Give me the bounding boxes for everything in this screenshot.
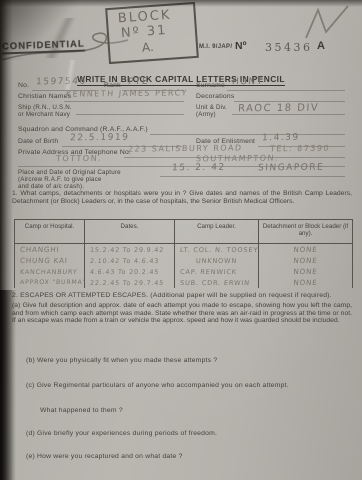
surname-value: HUNT — [232, 77, 264, 87]
table-row: APPROX "BURMA" 22.2.45 To 29.7.45 SUB. C… — [15, 277, 353, 288]
field-line — [232, 113, 345, 115]
block-stamp-line3: A. — [142, 40, 155, 55]
question-2b-text: (b) Were you physically fit when you mad… — [26, 357, 217, 365]
address-value-line1: 223 SALISBURY ROAD — [128, 143, 243, 153]
block-leader: NONE — [259, 267, 353, 276]
field-line — [64, 100, 184, 102]
camp-name: CHANGHI — [15, 245, 85, 254]
ship-label-line1: Ship (R.N., U.S.N. — [18, 104, 72, 111]
camp-leader: SUB. CDR. ERWIN — [175, 279, 259, 287]
scan-edge-left-bottom — [0, 290, 16, 480]
col-header-camp: Camp or Hospital. — [15, 220, 85, 244]
field-line — [234, 100, 345, 102]
question-2-title: 2. ESCAPES OR ATTEMPTED ESCAPES. (Additi… — [12, 292, 357, 300]
field-line — [160, 175, 345, 177]
capture-date-value: 15. 2. 42 — [172, 163, 226, 174]
capture-label-line3: and date of a/c crash). — [18, 183, 84, 190]
unit-label-line2: (Army) — [196, 111, 216, 118]
table-row: CHUNG KAI 2.10.42 To 4.6.43 UNKNOWN NONE — [15, 255, 353, 266]
question-2d-text: (d) Give briefly your experiences during… — [26, 430, 217, 438]
field-line — [76, 113, 184, 115]
mi9-reference: M.I. 9/JAP/ — [199, 44, 232, 50]
camp-leader: CAP. RENWICK — [175, 268, 259, 276]
table-row: CHANGHI 15.2.42 To 29.9.42 LT. COL. N. T… — [15, 244, 353, 256]
question-2c-text: (c) Give Regimental particulars of anyon… — [26, 382, 289, 390]
capture-label-line2: (Aircrew R.A.F. to give place — [18, 176, 102, 183]
scanned-form-page: CONFIDENTIAL BLOCK Nº 31 A. M.I. 9/JAP/ … — [0, 0, 362, 480]
field-line — [150, 133, 345, 135]
date-of-birth-value: 22.5.1919 — [70, 133, 130, 144]
scan-corner-shadow — [0, 0, 90, 60]
table-row: KANCHANBURY 4.6.43 To 20.2.45 CAP. RENWI… — [15, 266, 353, 277]
number-symbol: Nº — [235, 40, 246, 52]
capture-place-value: SINGAPORE — [258, 163, 325, 174]
enlistment-value: 1.4.39 — [262, 133, 300, 143]
camp-leader: LT. COL. N. TOOSEY — [175, 246, 259, 254]
camp-name: KANCHANBURY — [15, 268, 85, 276]
question-2c-followup-text: What happened to them ? — [40, 407, 123, 415]
address-value-line2: TOTTON. — [56, 154, 103, 163]
field-line — [227, 89, 345, 91]
block-leader: NONE — [259, 256, 353, 265]
capture-label-line1: Place and Date of Original Capture — [18, 169, 121, 176]
decorations-label: Decorations — [196, 93, 234, 101]
camp-dates: 22.2.45 To 29.7.45 — [85, 279, 175, 287]
camp-leader: UNKNOWN — [175, 257, 259, 265]
rank-value: PTE — [128, 77, 150, 87]
block-leader: NONE — [259, 245, 353, 254]
camp-dates: 4.6.43 To 20.2.45 — [85, 268, 175, 276]
camp-name: APPROX "BURMA" — [15, 279, 84, 286]
camp-dates: 2.10.42 To 4.6.43 — [85, 257, 175, 265]
pencil-checkmark-icon — [300, 2, 355, 44]
ship-label-line2: or Merchant Navy — [18, 111, 70, 118]
question-2a-text: (a) Give full description and approx. da… — [12, 302, 352, 325]
camps-table: Camp or Hospital. Dates. Camp Leader. De… — [14, 219, 353, 288]
camp-name: CHUNG KAI — [15, 256, 85, 265]
camps-table-header-row: Camp or Hospital. Dates. Camp Leader. De… — [15, 220, 353, 244]
address-telephone: TEL: 87390 — [270, 144, 331, 154]
col-header-leader: Camp Leader. — [175, 220, 259, 244]
camp-dates: 15.2.42 To 29.9.42 — [85, 246, 175, 254]
unit-label-line1: Unit & Div. — [196, 104, 227, 111]
date-of-birth-label: Date of Birth — [18, 138, 58, 146]
block-leader: NONE — [259, 278, 353, 287]
col-header-block: Detachment or Block Leader (if any). — [259, 220, 353, 244]
question-2e-text: (e) How were you recaptured and on what … — [26, 453, 183, 461]
question-1-text: 1. What camps, detachments or hospitals … — [12, 190, 352, 205]
paper-crease — [10, 60, 130, 90]
surname-label: Surname — [196, 82, 225, 90]
col-header-dates: Dates. — [85, 220, 175, 244]
